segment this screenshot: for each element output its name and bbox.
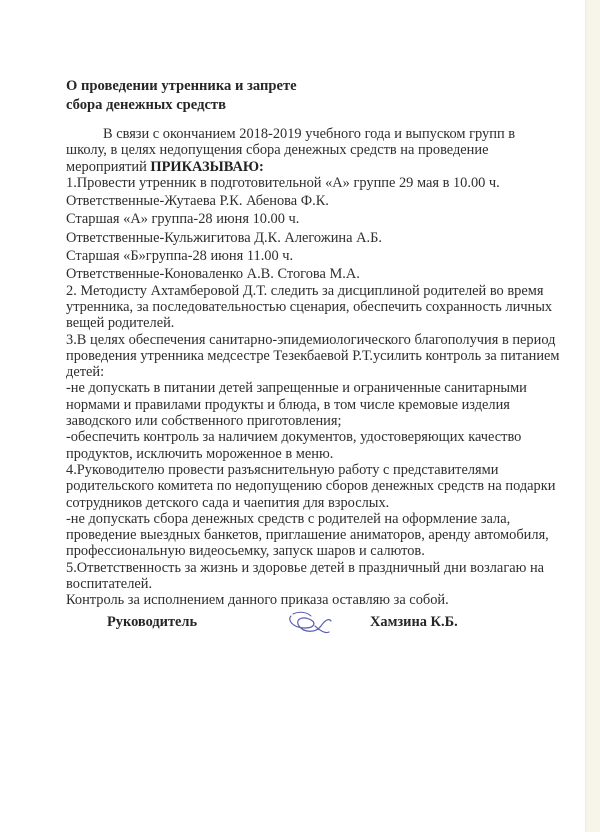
signatory-role: Руководитель <box>107 614 197 631</box>
order-keyword: ПРИКАЗЫВАЮ: <box>150 159 263 175</box>
body-line: 2. Методисту Ахтамберовой Д.Т. следить з… <box>66 283 566 299</box>
signatory-name: Хамзина К.Б. <box>370 614 458 631</box>
body-line: Ответственные-Коноваленко А.В. Стогова М… <box>66 266 566 282</box>
body-line: воспитателей. <box>66 576 566 592</box>
body-line: -обеспечить контроль за наличием докумен… <box>66 429 566 445</box>
body-line: родительского комитета по недопущению сб… <box>66 478 566 494</box>
body-line: 5.Ответственность за жизнь и здоровье де… <box>66 560 566 576</box>
document-title: О проведении утренника и запрете сбора д… <box>66 77 297 115</box>
signature-block: Руководитель Хамзина К.Б. <box>0 614 586 638</box>
body-line: вещей родителей. <box>66 315 566 331</box>
intro-line-3: мероприятий ПРИКАЗЫВАЮ: <box>66 159 566 175</box>
body-line: сотрудников детского сада и чаепития для… <box>66 495 566 511</box>
body-line: детей: <box>66 364 566 380</box>
body-line: 4.Руководителю провести разъяснительную … <box>66 462 566 478</box>
handwritten-signature-icon <box>285 608 335 638</box>
scan-edge-strip <box>585 0 600 832</box>
body-line: 1.Провести утренник в подготовительной «… <box>66 175 566 191</box>
document-body: В связи с окончанием 2018-2019 учебного … <box>66 126 566 609</box>
intro-line-2: школу, в целях недопущения сбора денежны… <box>66 142 566 158</box>
body-line: 3.В целях обеспечения санитарно-эпидемио… <box>66 332 566 348</box>
intro-line-3-text: мероприятий <box>66 159 150 175</box>
body-line: продуктов, исключить мороженное в меню. <box>66 446 566 462</box>
body-line: заводского или собственного приготовлени… <box>66 413 566 429</box>
body-line: нормами и правилами продукты и блюда, в … <box>66 397 566 413</box>
intro-line-1: В связи с окончанием 2018-2019 учебного … <box>66 126 566 142</box>
body-line: Контроль за исполнением данного приказа … <box>66 592 566 608</box>
body-line: Ответственные-Кульжигитова Д.К. Алегожин… <box>66 230 566 246</box>
body-line: -не допускать в питании детей запрещенны… <box>66 380 566 396</box>
body-line: Старшая «Б»группа-28 июня 11.00 ч. <box>66 248 566 264</box>
document-page: О проведении утренника и запрете сбора д… <box>0 0 586 832</box>
body-line: -не допускать сбора денежных средств с р… <box>66 511 566 527</box>
body-line: утренника, за последовательностью сценар… <box>66 299 566 315</box>
body-line: профессиональную видеосьемку, запуск шар… <box>66 543 566 559</box>
body-line: Ответственные-Жутаева Р.К. Абенова Ф.К. <box>66 193 566 209</box>
title-line-2: сбора денежных средств <box>66 96 297 115</box>
body-line: проведение выездных банкетов, приглашени… <box>66 527 566 543</box>
body-line: проведения утренника медсестре Тезекбаев… <box>66 348 566 364</box>
title-line-1: О проведении утренника и запрете <box>66 77 297 96</box>
body-line: Старшая «А» группа-28 июня 10.00 ч. <box>66 211 566 227</box>
